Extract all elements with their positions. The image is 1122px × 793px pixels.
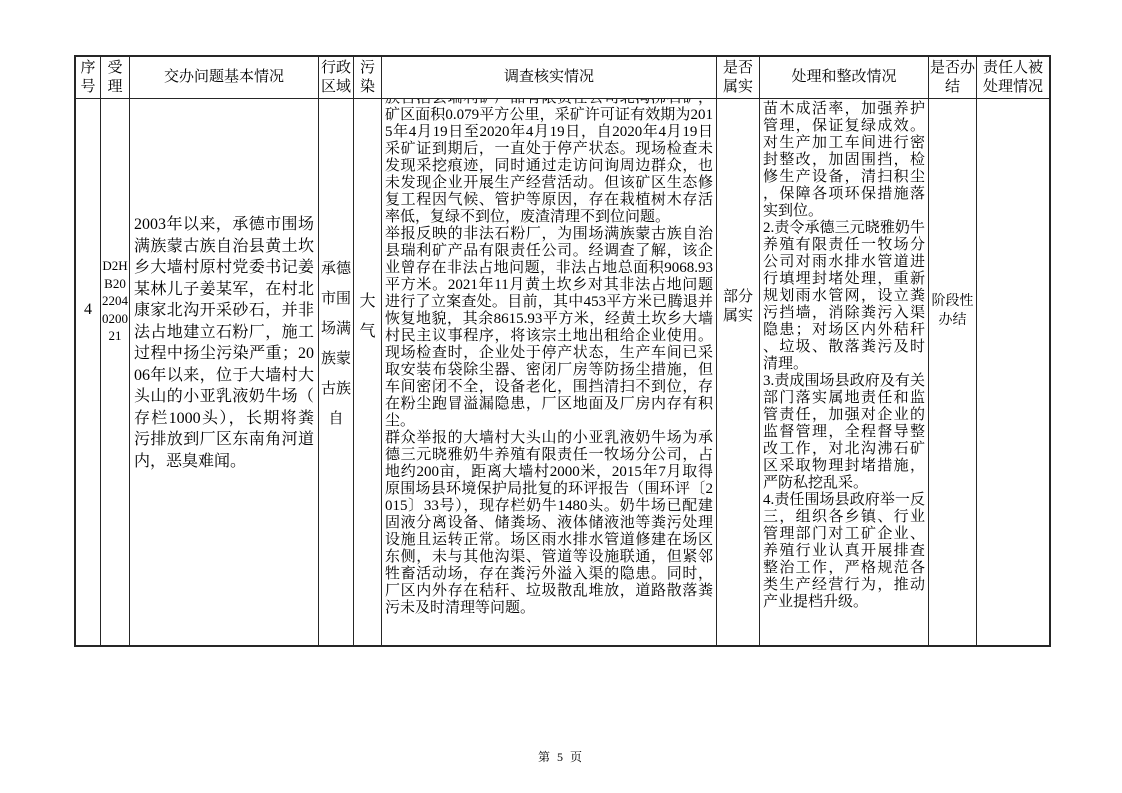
cell-handling: 苗木成活率，加强养护管理，保证复绿成效。对生产加工车间进行密封整改，加固围挡，检… xyxy=(760,99,929,645)
cell-investigation: 族自治县瑞利矿产品有限责任公司北沟沸石矿，矿区面积0.079平方公里，采矿许可证… xyxy=(382,99,717,645)
handling-paragraph: 3.责成围场县政府及有关部门落实属地责任和监管责任，加强对企业的监督管理，全程督… xyxy=(763,373,925,492)
cell-region: 承德市围场满族蒙古族自 xyxy=(319,99,354,645)
header-acceptance: 受理 xyxy=(101,57,130,99)
cell-accountability xyxy=(977,99,1049,645)
handling-paragraph: 2.责令承德三元晓雅奶牛养殖有限责任一牧场分公司对雨水排水管道进行填埋封堵处理，… xyxy=(763,220,925,373)
header-pollution: 污染 xyxy=(354,57,382,99)
handling-paragraph: 苗木成活率，加强养护管理，保证复绿成效。对生产加工车间进行密封整改，加固围挡，检… xyxy=(763,101,925,220)
header-investigation: 调查核实情况 xyxy=(382,57,717,99)
complaint-table: 序号 受理 交办问题基本情况 行政区域 污染 调查核实情况 是否属实 处理和整改… xyxy=(74,55,1051,647)
cell-completion-status: 阶段性办结 xyxy=(929,99,977,645)
header-problem: 交办问题基本情况 xyxy=(130,57,319,99)
header-completion: 是否办结 xyxy=(929,57,977,99)
investigation-paragraph: 族自治县瑞利矿产品有限责任公司北沟沸石矿，矿区面积0.079平方公里，采矿许可证… xyxy=(385,99,713,226)
cell-verified-status: 部分属实 xyxy=(717,99,760,645)
investigation-paragraph: 群众举报的大墙村大头山的小亚乳液奶牛场为承德三元晓雅奶牛养殖有限责任一牧场分公司… xyxy=(385,430,713,617)
investigation-text-block: 族自治县瑞利矿产品有限责任公司北沟沸石矿，矿区面积0.079平方公里，采矿许可证… xyxy=(385,99,713,617)
cell-acceptance-number: D2HB202204020021 xyxy=(101,99,130,645)
header-accountability: 责任人被处理情况 xyxy=(977,57,1049,99)
page-number: 第 5 页 xyxy=(0,748,1122,765)
header-verified: 是否属实 xyxy=(717,57,760,99)
investigation-paragraph: 举报反映的非法石粉厂，为围场满族蒙古族自治县瑞利矿产品有限责任公司。经调查了解，… xyxy=(385,226,713,430)
header-serial: 序号 xyxy=(76,57,101,99)
handling-paragraph: 4.责任围场县政府举一反三，组织各乡镇、行业管理部门对工矿企业、养殖行业认真开展… xyxy=(763,492,925,611)
cell-pollution-type: 大气 xyxy=(354,99,382,645)
document-page: 序号 受理 交办问题基本情况 行政区域 污染 调查核实情况 是否属实 处理和整改… xyxy=(0,0,1122,793)
cell-problem-description: 2003年以来，承德市围场满族蒙古族自治县黄土坎乡大墙村原村党委书记姜某林儿子姜… xyxy=(130,99,319,645)
cell-serial-number: 4 xyxy=(76,99,101,645)
header-region: 行政区域 xyxy=(319,57,354,99)
header-handling: 处理和整改情况 xyxy=(760,57,929,99)
